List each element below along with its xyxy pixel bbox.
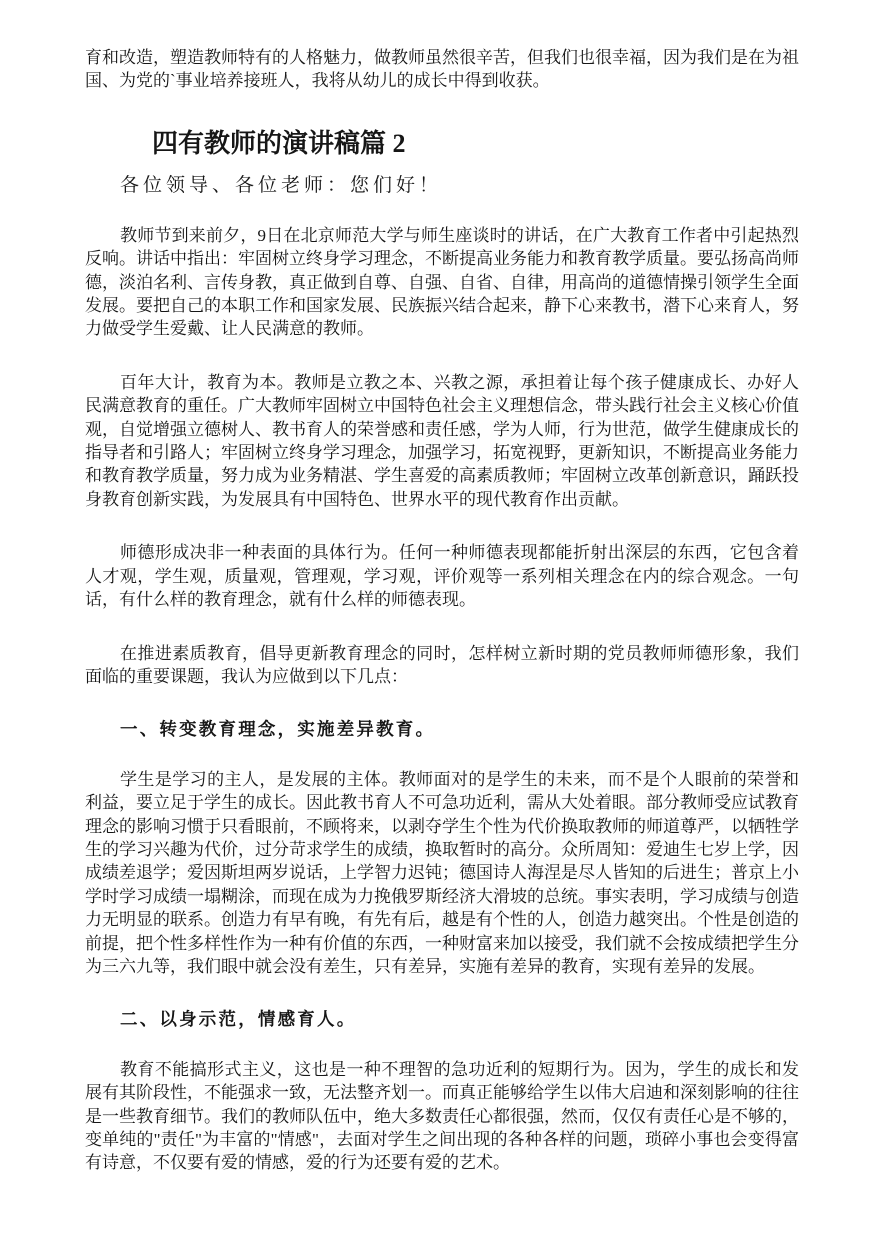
paragraph-differentiated-education: 学生是学习的主人，是发展的主体。教师面对的是学生的未来，而不是个人眼前的荣誉和利… — [85, 768, 799, 979]
paragraph-emotional-education: 教育不能搞形式主义，这也是一种不理智的急功近利的短期行为。因为，学生的成长和发展… — [85, 1058, 799, 1175]
greeting-line: 各位领导、各位老师：您们好！ — [120, 174, 799, 198]
paragraph-key-points-lead-in: 在推进素质教育，倡导更新教育理念的同时，怎样树立新时期的党员教师师德形象，我们面… — [85, 642, 799, 689]
document-page: 育和改造，塑造教师特有的人格魅力，做教师虽然很辛苦，但我们也很幸福，因为我们是在… — [0, 0, 884, 1250]
paragraph-continuation: 育和改造，塑造教师特有的人格魅力，做教师虽然很辛苦，但我们也很幸福，因为我们是在… — [85, 46, 799, 93]
paragraph-teacher-ethics: 师德形成决非一种表面的具体行为。任何一种师德表现都能折射出深层的东西，它包含着人… — [85, 541, 799, 611]
paragraph-speech-intro: 教师节到来前夕，9日在北京师范大学与师生座谈时的讲话，在广大教育工作者中引起热烈… — [85, 224, 799, 341]
document-title: 四有教师的演讲稿篇 2 — [152, 129, 799, 159]
section-heading-one: 一、转变教育理念，实施差异教育。 — [120, 718, 799, 741]
paragraph-education-foundation: 百年大计，教育为本。教师是立教之本、兴教之源，承担着让每个孩子健康成长、办好人民… — [85, 371, 799, 511]
section-heading-two: 二、以身示范，情感育人。 — [120, 1008, 799, 1031]
